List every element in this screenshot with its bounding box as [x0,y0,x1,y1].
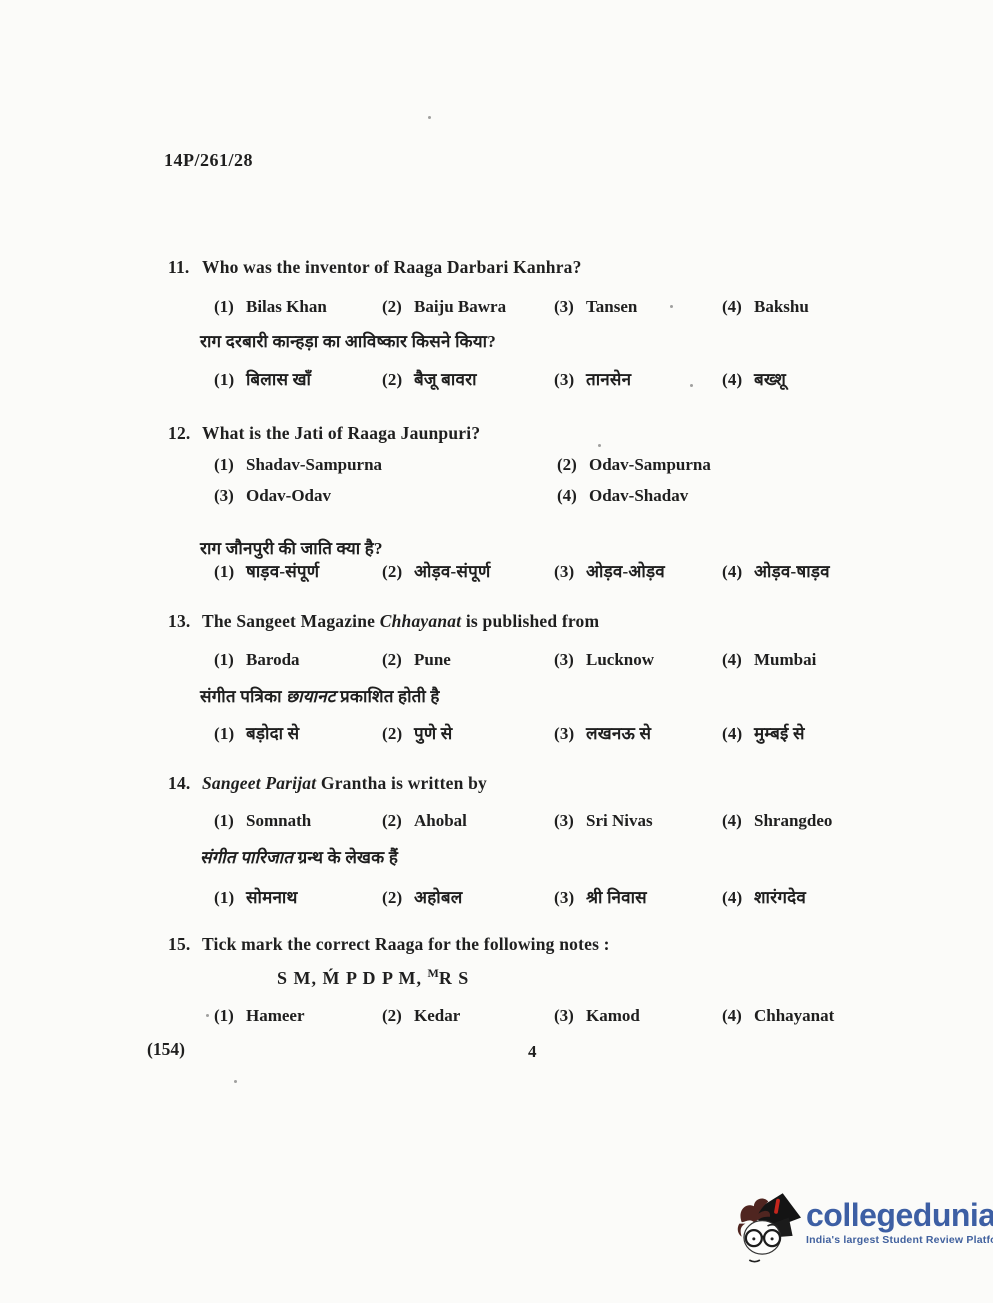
option-marker: (1) [214,888,246,908]
option: (4)ओड़व-षाड़व [722,559,830,582]
option-label: शारंगदेव [754,888,806,907]
option-marker: (1) [214,1006,246,1026]
option-marker: (3) [554,1006,586,1026]
option-marker: (3) [554,888,586,908]
option: (4)Bakshu [722,297,809,317]
question-number: 13. [168,611,202,632]
option-label: Baroda [246,650,300,669]
scan-speck [206,1014,209,1017]
option-label: Hameer [246,1006,305,1025]
question-12-hindi: राग जौनपुरी की जाति क्या है? [200,536,383,559]
option-label: अहोबल [414,888,462,907]
question-14-options-hi: (1)सोमनाथ (2)अहोबल (3)श्री निवास (4)शारं… [214,885,806,908]
question-14-options-en: (1)Somnath (2)Ahobal (3)Sri Nivas (4)Shr… [214,811,832,831]
question-15: 15.Tick mark the correct Raaga for the f… [168,934,610,955]
question-number: 14. [168,773,202,794]
option: (4)Mumbai [722,650,816,670]
option: (4)Shrangdeo [722,811,832,831]
option-marker: (2) [382,370,414,390]
option: (4)Chhayanat [722,1006,834,1026]
option-label: Ahobal [414,811,467,830]
option-marker: (4) [722,811,754,831]
option-label: षाड़व-संपूर्ण [246,562,319,581]
option: (3)Kamod [554,1006,722,1026]
option-label: Kamod [586,1006,640,1025]
option-marker: (1) [214,650,246,670]
option-label: ओड़व-संपूर्ण [414,562,490,581]
option-marker: (3) [554,724,586,744]
question-text-en: Tick mark the correct Raaga for the foll… [202,934,610,954]
option-label: सोमनाथ [246,888,298,907]
option-label: Odav-Shadav [589,486,688,505]
option-marker: (2) [382,297,414,317]
option: (2)ओड़व-संपूर्ण [382,559,554,582]
option-label: Chhayanat [754,1006,834,1025]
question-11-hindi: राग दरबारी कान्हड़ा का आविष्कार किसने कि… [200,329,496,352]
booklet-number: (154) [147,1039,185,1060]
swara-notes: S M, Ḿ P D P M, MR S [277,966,469,989]
option-label: Tansen [586,297,637,316]
option: (1)Hameer [214,1006,382,1026]
option-marker: (3) [554,297,586,317]
option-marker: (1) [214,562,246,582]
option-marker: (2) [382,811,414,831]
option-marker: (4) [722,724,754,744]
scanned-exam-page: 14P/261/28 11.Who was the inventor of Ra… [0,0,993,1303]
option-marker: (4) [722,370,754,390]
option: (2)अहोबल [382,885,554,908]
question-11: 11.Who was the inventor of Raaga Darbari… [168,257,582,278]
option: (2)Ahobal [382,811,554,831]
question-text-en: The Sangeet Magazine Chhayanat is publis… [202,611,599,631]
option-label: Sri Nivas [586,811,653,830]
option-label: Lucknow [586,650,654,669]
option-label: Kedar [414,1006,460,1025]
option-label: बिलास खाँ [246,370,311,389]
question-13-options-en: (1)Baroda (2)Pune (3)Lucknow (4)Mumbai [214,650,816,670]
option: (1)Bilas Khan [214,297,382,317]
option: (3)ओड़व-ओड़व [554,559,722,582]
option-marker: (2) [382,888,414,908]
scan-speck [670,305,673,308]
question-12-options-en-row2: (3)Odav-Odav (4)Odav-Shadav [214,486,688,506]
option-marker: (1) [214,297,246,317]
question-12-options-hi: (1)षाड़व-संपूर्ण (2)ओड़व-संपूर्ण (3)ओड़व… [214,559,830,582]
option-label: पुणे से [414,724,453,743]
option-label: बख्शू [754,370,786,389]
option: (3)Tansen [554,297,722,317]
option-marker: (4) [722,650,754,670]
question-12-options-en-row1: (1)Shadav-Sampurna (2)Odav-Sampurna [214,455,711,475]
option: (1)सोमनाथ [214,885,382,908]
option-label: Bilas Khan [246,297,327,316]
question-13-hindi: संगीत पत्रिका छायानट प्रकाशित होती है [200,684,440,707]
option-label: Mumbai [754,650,816,669]
option: (2)Pune [382,650,554,670]
option: (3)Lucknow [554,650,722,670]
question-15-options-en: (1)Hameer (2)Kedar (3)Kamod (4)Chhayanat [214,1006,834,1026]
option-marker: (2) [382,562,414,582]
question-11-options-en: (1)Bilas Khan (2)Baiju Bawra (3)Tansen (… [214,297,809,317]
question-13-options-hi: (1)बड़ोदा से (2)पुणे से (3)लखनऊ से (4)मु… [214,721,805,744]
option-marker: (3) [214,486,246,506]
option-label: बैजू बावरा [414,370,477,389]
logo-text: collegedunia com India's largest Student… [806,1199,993,1246]
option-marker: (4) [722,1006,754,1026]
option-marker: (2) [382,724,414,744]
option: (3)तानसेन [554,367,722,390]
option-label: ओड़व-षाड़व [754,562,830,581]
option-label: Baiju Bawra [414,297,506,316]
option: (1)बिलास खाँ [214,367,382,390]
option-label: मुम्बई से [754,724,805,743]
question-text-en: Who was the inventor of Raaga Darbari Ka… [202,257,582,277]
option-marker: (4) [557,486,589,506]
scan-speck [428,116,431,119]
brand-wordmark: collegedunia [806,1199,993,1231]
option: (1)Shadav-Sampurna [214,455,557,475]
collegedunia-logo: collegedunia com India's largest Student… [728,1181,988,1281]
option: (3)लखनऊ से [554,721,722,744]
option-marker: (4) [722,297,754,317]
option-label: Somnath [246,811,311,830]
question-text-en: Sangeet Parijat Grantha is written by [202,773,487,793]
option-label: बड़ोदा से [246,724,299,743]
option: (2)Kedar [382,1006,554,1026]
option-label: तानसेन [586,370,631,389]
option-marker: (3) [554,811,586,831]
question-number: 11. [168,257,202,278]
scan-speck [690,384,693,387]
question-12: 12.What is the Jati of Raaga Jaunpuri? [168,423,480,444]
magazine-name: Chhayanat [380,611,462,631]
option-label: लखनऊ से [586,724,651,743]
option-label: Shadav-Sampurna [246,455,382,474]
option: (4)मुम्बई से [722,721,805,744]
paper-code: 14P/261/28 [164,150,253,171]
option: (3)Odav-Odav [214,486,557,506]
option: (3)Sri Nivas [554,811,722,831]
option-label: Shrangdeo [754,811,832,830]
brand-tagline: India's largest Student Review Platform [806,1234,993,1246]
question-13: 13.The Sangeet Magazine Chhayanat is pub… [168,611,599,632]
option-marker: (3) [554,370,586,390]
collegedunia-mascot-icon [728,1183,804,1275]
option: (2)Odav-Sampurna [557,455,711,475]
question-11-options-hi: (1)बिलास खाँ (2)बैजू बावरा (3)तानसेन (4)… [214,367,786,390]
option-marker: (1) [214,811,246,831]
question-number: 12. [168,423,202,444]
option: (1)बड़ोदा से [214,721,382,744]
question-14-hindi: संगीत पारिजात ग्रन्थ के लेखक हैं [200,845,398,868]
option: (2)बैजू बावरा [382,367,554,390]
option-marker: (1) [214,455,246,475]
question-text-en: What is the Jati of Raaga Jaunpuri? [202,423,480,443]
question-14: 14.Sangeet Parijat Grantha is written by [168,773,487,794]
option-marker: (1) [214,370,246,390]
grantha-name: Sangeet Parijat [202,773,316,793]
option: (1)षाड़व-संपूर्ण [214,559,382,582]
option: (2)पुणे से [382,721,554,744]
scan-speck [234,1080,237,1083]
page-number: 4 [528,1042,537,1062]
option: (4)Odav-Shadav [557,486,688,506]
option-label: Bakshu [754,297,809,316]
scan-speck [598,444,601,447]
option-marker: (3) [554,650,586,670]
option-label: Pune [414,650,451,669]
option-marker: (1) [214,724,246,744]
option-marker: (2) [557,455,589,475]
option-label: श्री निवास [586,888,647,907]
question-number: 15. [168,934,202,955]
option-marker: (4) [722,562,754,582]
option: (1)Somnath [214,811,382,831]
option-marker: (3) [554,562,586,582]
option: (2)Baiju Bawra [382,297,554,317]
option: (4)शारंगदेव [722,885,806,908]
option-label: Odav-Odav [246,486,331,505]
mandra-m-superscript: M [427,966,438,980]
option-marker: (4) [722,888,754,908]
option-label: Odav-Sampurna [589,455,711,474]
option: (3)श्री निवास [554,885,722,908]
option-marker: (2) [382,650,414,670]
option-label: ओड़व-ओड़व [586,562,665,581]
option: (4)बख्शू [722,367,786,390]
option-marker: (2) [382,1006,414,1026]
option: (1)Baroda [214,650,382,670]
